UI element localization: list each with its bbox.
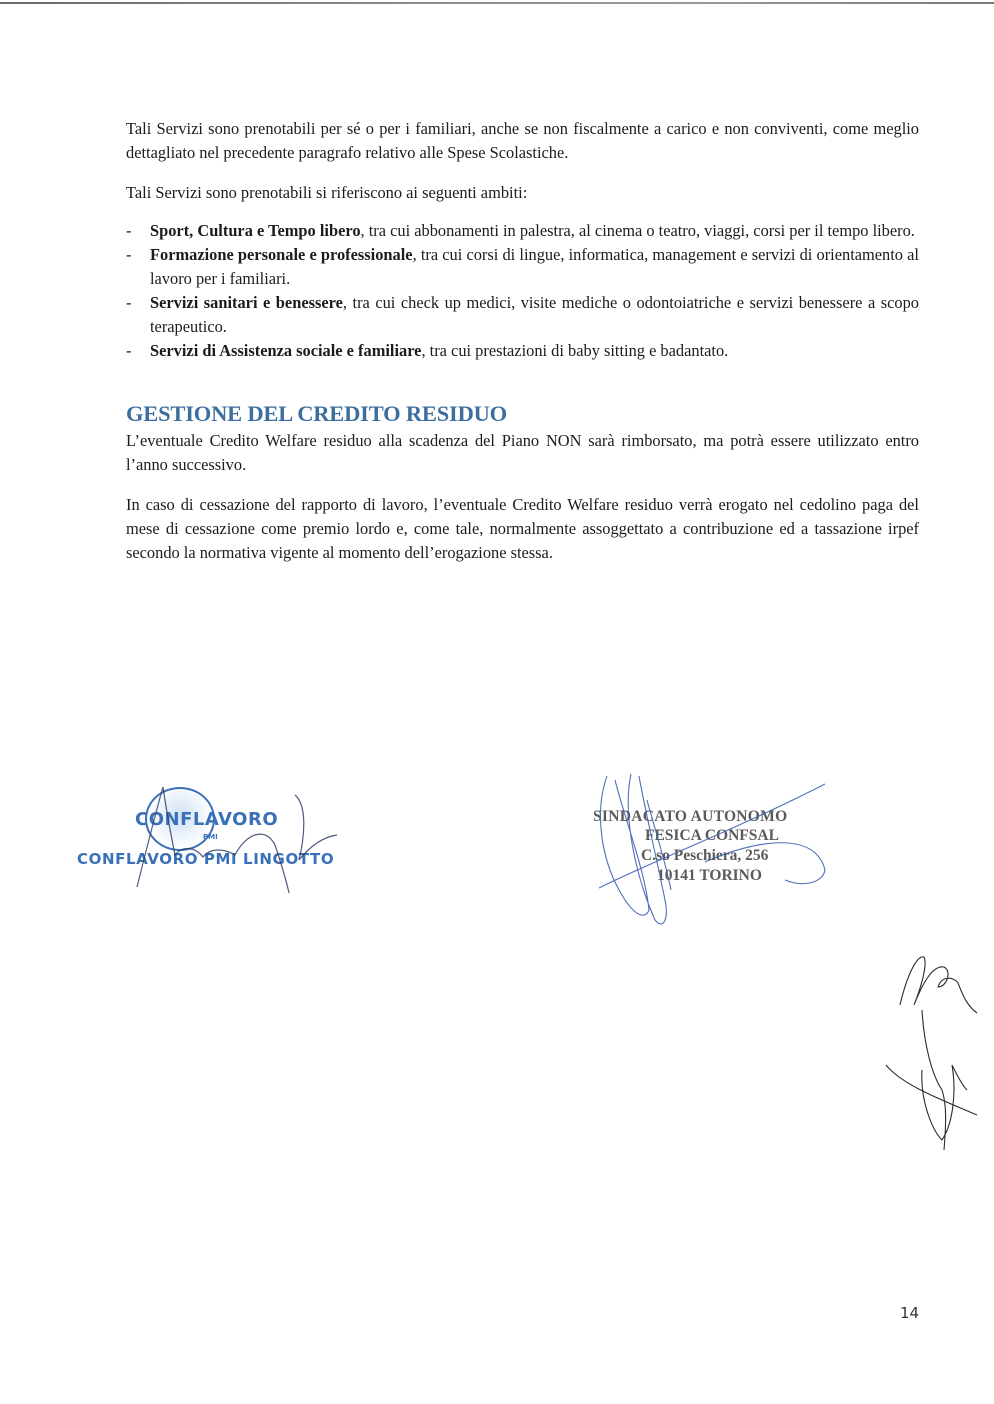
- bullet-dash: -: [126, 243, 131, 267]
- bullet-dash: -: [126, 219, 131, 243]
- intro-paragraph-2: Tali Servizi sono prenotabili si riferis…: [126, 181, 919, 205]
- bullet-dash: -: [126, 291, 131, 315]
- list-item: - Sport, Cultura e Tempo libero, tra cui…: [126, 219, 919, 243]
- item-title: Servizi di Assistenza sociale e familiar…: [150, 341, 421, 360]
- item-text: , tra cui prestazioni di baby sitting e …: [421, 341, 728, 360]
- bullet-dash: -: [126, 339, 131, 363]
- list-item: - Formazione personale e professionale, …: [126, 243, 919, 291]
- item-title: Servizi sanitari e benessere: [150, 293, 343, 312]
- intro-paragraph-1: Tali Servizi sono prenotabili per sé o p…: [126, 117, 919, 165]
- sindacato-stamp: SINDACATO AUTONOMO FESICA CONFSAL C.so P…: [585, 770, 845, 930]
- section-paragraph-1: L’eventuale Credito Welfare residuo alla…: [126, 429, 919, 477]
- page-number: 14: [900, 1304, 919, 1322]
- item-title: Sport, Cultura e Tempo libero: [150, 221, 361, 240]
- handwritten-signature-icon: [75, 775, 375, 895]
- handwritten-signature-icon: [585, 770, 845, 930]
- list-item: - Servizi sanitari e benessere, tra cui …: [126, 291, 919, 339]
- scan-top-edge: [0, 2, 994, 4]
- item-title: Formazione personale e professionale: [150, 245, 413, 264]
- section-paragraph-2: In caso di cessazione del rapporto di la…: [126, 493, 919, 565]
- page-body: Tali Servizi sono prenotabili per sé o p…: [126, 117, 919, 565]
- item-text: , tra cui abbonamenti in palestra, al ci…: [361, 221, 915, 240]
- ambiti-list: - Sport, Cultura e Tempo libero, tra cui…: [126, 219, 919, 363]
- conflavoro-stamp: CONFLAVORO PMI CONFLAVORO PMI LINGOTTO: [75, 775, 375, 895]
- list-item: - Servizi di Assistenza sociale e famili…: [126, 339, 919, 363]
- initials-signature: [862, 935, 992, 1160]
- section-heading: GESTIONE DEL CREDITO RESIDUO: [126, 401, 919, 427]
- initials-signature-icon: [862, 935, 992, 1160]
